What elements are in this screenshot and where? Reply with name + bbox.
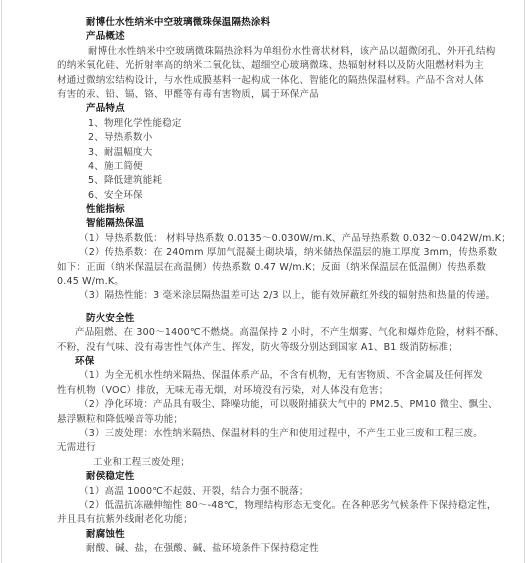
overview-line: 有害的汞、铅、镉、铬、甲醛等有毒有害物质，属于环保产品 <box>57 88 526 102</box>
feature-item: 1、物理化学性能稳定 <box>88 117 526 131</box>
environmental-line: 性有机物（VOC）排放，无味无毒无烟，对环境没有污染，对人体没有危害； <box>57 384 526 398</box>
corrosion-resistance-line: 耐酸、碱、盐，在强酸、碱、盐环境条件下保持稳定性 <box>86 542 526 556</box>
overview-line: 材通过微纳宏结构设计，与水性成膜基料一起构成一体化、智能化的隔热保温材料。产品不… <box>57 74 526 88</box>
blank-line <box>0 304 526 312</box>
weather-stability-line: （2）低温抗冻融伸缩性 80～-48℃，物理结构形态无变化。在各种恶劣气候条件下… <box>79 499 526 513</box>
fire-safety-line: 不粉，没有气味、没有毒害性气体产生、挥发，防火等级分别达到国家 A1、B1 级消… <box>57 341 526 355</box>
heading-corrosion-resistance: 耐腐蚀性 <box>86 528 526 542</box>
heading-environmental: 环保 <box>75 355 526 369</box>
environmental-line: （1）为全无机水性纳米隔热、保温体系产品，不含有机物，无有害物质、不含金属及任何… <box>79 369 526 383</box>
performance-line: （3）隔热性能：3 毫米涂层隔热温差可达 2/3 以上，能有效屏蔽红外线的辐射热… <box>79 289 526 303</box>
feature-item: 6、安全环保 <box>88 189 526 203</box>
heading-product-features: 产品特点 <box>86 102 526 116</box>
heading-weather-stability: 耐侯稳定性 <box>86 470 526 484</box>
feature-item: 3、耐温幅度大 <box>88 146 526 160</box>
heading-fire-safety: 防火安全性 <box>86 312 526 326</box>
environmental-line: 悬浮颗粒和降低噪音等功能； <box>57 413 526 427</box>
feature-item: 5、降低建筑能耗 <box>88 174 526 188</box>
environmental-line: （2）净化环境：产品具有吸尘、降噪功能，可以吸附捕获大气中的 PM2.5、PM1… <box>79 398 526 412</box>
fire-safety-line: 产品阻燃、在 300～1400℃不燃烧。高温保持 2 小时，不产生烟雾、气化和爆… <box>75 326 526 340</box>
document-page: 耐博仕水性纳米中空玻璃微珠保温隔热涂料 产品概述 耐博仕水性纳米中空玻璃微珠隔热… <box>0 0 526 563</box>
weather-stability-line: 并且具有抗紫外线耐老化功能； <box>57 513 526 527</box>
feature-item: 4、施工简便 <box>88 160 526 174</box>
heading-performance-index: 性能指标 <box>86 203 526 217</box>
performance-line: 0.45 W/m.K。 <box>57 275 526 289</box>
overview-line: 的纳米氧化硅、光折射率高的纳米二氧化钛、超细空心玻璃微珠、热辐射材料以及防火阻燃… <box>57 59 526 73</box>
doc-title: 耐博仕水性纳米中空玻璃微珠保温隔热涂料 <box>86 16 526 30</box>
performance-line: 如下：正面（纳米保温层在高温侧）传热系数 0.47 W/m.K；反面（纳米保温层… <box>57 261 526 275</box>
heading-product-overview: 产品概述 <box>86 30 526 44</box>
weather-stability-line: （1）高温 1000℃不起鼓、开裂，结合力强不脱落； <box>79 485 526 499</box>
environmental-line: 工业和工程三废处理； <box>93 456 526 470</box>
environmental-line: （3）三废处理：水性纳米隔热、保温材料的生产和使用过程中，不产生工业三废和工程三… <box>79 427 526 441</box>
performance-line: （2）传热系数：在 240mm 厚加气混凝土砌块墙，纳米储热保温层的施工厚度 3… <box>79 246 526 260</box>
document-content: 耐博仕水性纳米中空玻璃微珠保温隔热涂料 产品概述 耐博仕水性纳米中空玻璃微珠隔热… <box>0 16 526 556</box>
performance-line: （1）导热系数低： 材料导热系数 0.0135～0.030W/m.K、产品导热系… <box>79 232 526 246</box>
overview-line: 耐博仕水性纳米中空玻璃微珠隔热涂料为单组份水性膏状材料，该产品以超微闭孔、外开孔… <box>88 45 526 59</box>
feature-item: 2、导热系数小 <box>88 131 526 145</box>
environmental-line: 无需进行 <box>57 441 526 455</box>
subheading-smart-insulation: 智能隔热保温 <box>86 217 526 231</box>
